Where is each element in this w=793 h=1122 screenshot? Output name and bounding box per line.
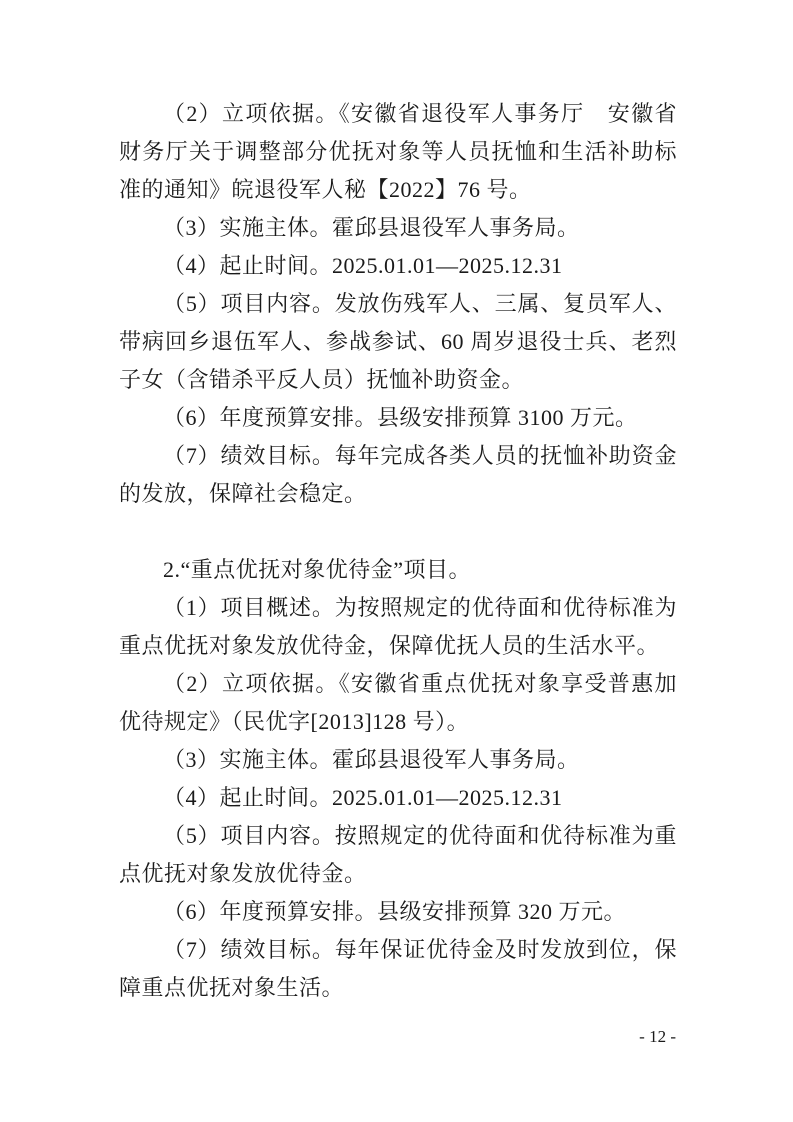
paragraph-content: （5）项目内容。发放伤残军人、三属、复员军人、带病回乡退伍军人、参战参试、60 … bbox=[119, 285, 677, 399]
paragraph-overview: （1）项目概述。为按照规定的优待面和优待标准为重点优抚对象发放优待金，保障优抚人… bbox=[119, 589, 677, 665]
section-funding-item-2: 2.“重点优抚对象优待金”项目。 （1）项目概述。为按照规定的优待面和优待标准为… bbox=[119, 551, 677, 1007]
page-number: - 12 - bbox=[119, 1026, 676, 1048]
paragraph-duration: （4）起止时间。2025.01.01—2025.12.31 bbox=[119, 779, 677, 817]
paragraph-basis: （2）立项依据。《安徽省重点优抚对象享受普惠加优待规定》（民优字[2013]12… bbox=[119, 665, 677, 741]
paragraph-duration: （4）起止时间。2025.01.01—2025.12.31 bbox=[119, 247, 677, 285]
paragraph-budget: （6）年度预算安排。县级安排预算 3100 万元。 bbox=[119, 399, 677, 437]
paragraph-budget: （6）年度预算安排。县级安排预算 320 万元。 bbox=[119, 893, 677, 931]
document-page: （2）立项依据。《安徽省退役军人事务厅 安徽省财务厅关于调整部分优抚对象等人员抚… bbox=[0, 0, 793, 1122]
paragraph-content: （5）项目内容。按照规定的优待面和优待标准为重点优抚对象发放优待金。 bbox=[119, 817, 677, 893]
paragraph-basis: （2）立项依据。《安徽省退役军人事务厅 安徽省财务厅关于调整部分优抚对象等人员抚… bbox=[119, 95, 677, 209]
paragraph-implementer: （3）实施主体。霍邱县退役军人事务局。 bbox=[119, 741, 677, 779]
section-2-heading: 2.“重点优抚对象优待金”项目。 bbox=[119, 551, 677, 589]
paragraph-performance-goal: （7）绩效目标。每年保证优待金及时发放到位，保障重点优抚对象生活。 bbox=[119, 931, 677, 1007]
section-funding-item-1: （2）立项依据。《安徽省退役军人事务厅 安徽省财务厅关于调整部分优抚对象等人员抚… bbox=[119, 95, 677, 513]
document-body: （2）立项依据。《安徽省退役军人事务厅 安徽省财务厅关于调整部分优抚对象等人员抚… bbox=[119, 95, 677, 1007]
paragraph-performance-goal: （7）绩效目标。每年完成各类人员的抚恤补助资金的发放，保障社会稳定。 bbox=[119, 437, 677, 513]
paragraph-implementer: （3）实施主体。霍邱县退役军人事务局。 bbox=[119, 209, 677, 247]
